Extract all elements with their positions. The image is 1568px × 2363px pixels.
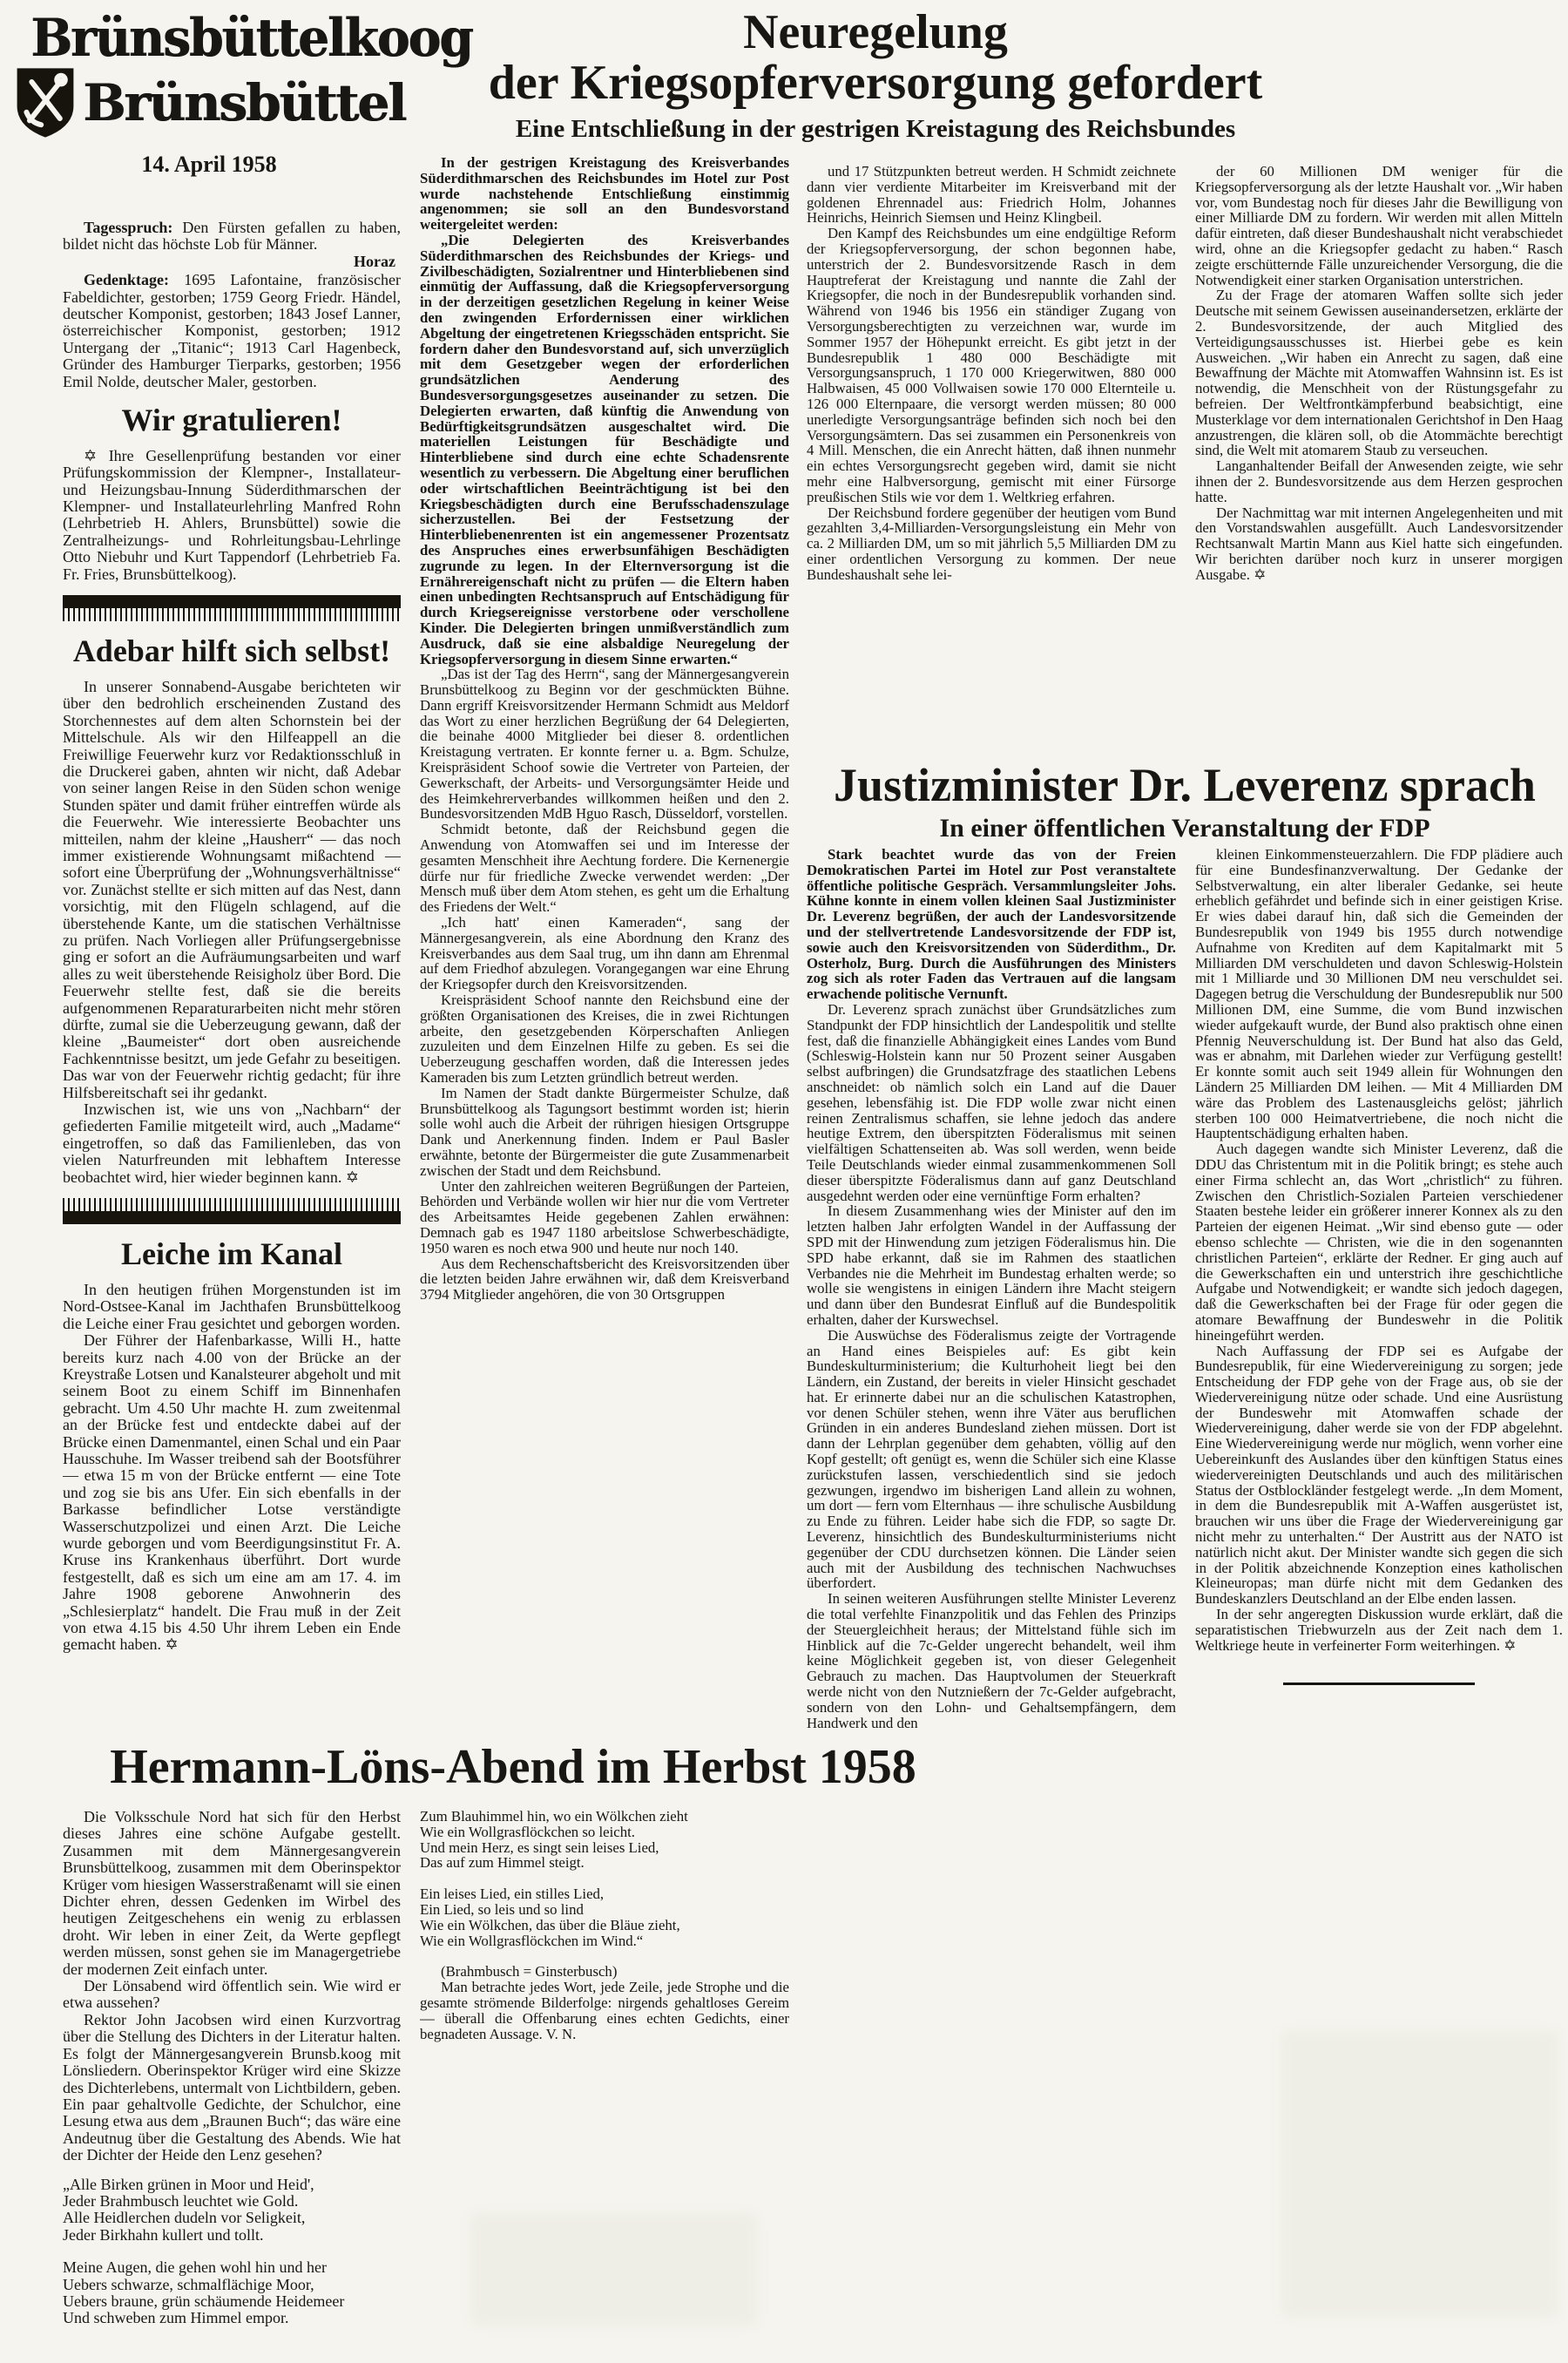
gratulieren-paragraph: ✡ Ihre Gesellenprüfung bestanden vor ein…	[63, 448, 401, 583]
article-paragraph: Dr. Leverenz sprach zunächst über Grunds…	[807, 1002, 1176, 1203]
leiche-paragraph: In den heutigen frühen Morgenstunden ist…	[63, 1282, 401, 1332]
article-paragraph: Die Auswüchse des Föderalismus zeigte de…	[807, 1328, 1176, 1592]
main-headline-block: Neuregelung der Kriegsopferversorgung ge…	[475, 7, 1276, 144]
masthead-title-line1: Brünsbüttelkoog	[30, 12, 388, 64]
article-paragraph: Langanhaltender Beifall der Anwesenden z…	[1195, 458, 1563, 504]
article-paragraph: der 60 Millionen DM weniger für die Krie…	[1195, 164, 1563, 288]
article-end-rule	[1283, 1683, 1475, 1685]
fdp-body-2: kleinen Einkommensteuerzahlern. Die FDP …	[1195, 847, 1563, 1653]
article-paragraph: kleinen Einkommensteuerzahlern. Die FDP …	[1195, 847, 1563, 1141]
poem-stanza: Zum Blauhimmel hin, wo ein Wölkchen zieh…	[420, 1809, 789, 1871]
gratulieren-heading: Wir gratulieren!	[63, 404, 401, 437]
column-3-bottom: Stark beachtet wurde das von der Freien …	[807, 847, 1176, 2102]
fdp-headline-subtitle: In einer öffentlichen Veranstaltung der …	[807, 814, 1563, 843]
tagesspruch-paragraph: Tagesspruch: Den Fürsten gefallen zu hab…	[63, 220, 401, 254]
gedenktage-label: Gedenktage:	[84, 271, 169, 288]
article-paragraph: Zu der Frage der atomaren Waffen sollte …	[1195, 288, 1563, 458]
article-paragraph: Der Reichsbund fordere gegenüber der heu…	[807, 505, 1176, 583]
loens-paragraph: Man betrachte jedes Wort, jede Zeile, je…	[420, 1980, 789, 2041]
article-paragraph: Kreispräsident Schoof nannte den Reichsb…	[420, 992, 789, 1086]
article-paragraph: In diesem Zusammenhang wies der Minister…	[807, 1203, 1176, 1327]
reichsbund-continued: und 17 Stützpunkten betreut werden. H Sc…	[807, 164, 1176, 583]
loens-left-poem: „Alle Birken grünen in Moor und Heid', J…	[63, 2177, 401, 2327]
article-paragraph: Nach Auffassung der FDP sei es Aufgabe d…	[1195, 1344, 1563, 1608]
fdp-headline: Justizminister Dr. Leverenz sprach	[807, 762, 1563, 809]
gedenktage-paragraph: Gedenktage: 1695 Lafontaine, französisch…	[63, 272, 401, 390]
issue-date: 14. April 1958	[19, 152, 399, 178]
article-paragraph: und 17 Stützpunkten betreut werden. H Sc…	[807, 164, 1176, 226]
masthead-title-line2: Brünsbüttel	[83, 78, 405, 128]
masthead: Brünsbüttelkoog Brünsbüttel 14. April 19…	[19, 12, 399, 178]
article-paragraph: Den Kampf des Reichsbundes um eine endgü…	[807, 226, 1176, 504]
poem-stanza: „Alle Birken grünen in Moor und Heid', J…	[63, 2177, 401, 2245]
fdp-lede: Stark beachtet wurde das von der Freien …	[807, 847, 1176, 1002]
fdp-body: Dr. Leverenz sprach zunächst über Grunds…	[807, 1002, 1176, 1730]
gratulieren-body: ✡ Ihre Gesellenprüfung bestanden vor ein…	[63, 448, 401, 583]
tagesspruch-author: Horaz	[63, 254, 395, 270]
adebar-heading: Adebar hilft sich selbst!	[63, 635, 401, 668]
left-column: Tagesspruch: Den Fürsten gefallen zu hab…	[63, 220, 401, 1743]
loens-right-poem: Zum Blauhimmel hin, wo ein Wölkchen zieh…	[420, 1809, 789, 1948]
column-4-top: der 60 Millionen DM weniger für die Krie…	[1195, 164, 1563, 749]
article-paragraph: „Das ist der Tag des Herrn“, sang der Mä…	[420, 667, 789, 822]
resolution-paragraph: In der gestrigen Kreistagung des Kreisve…	[420, 155, 789, 233]
adebar-paragraph: Inzwischen ist, wie uns von „Nachbarn“ d…	[63, 1101, 401, 1186]
middle-column: In der gestrigen Kreistagung des Kreisve…	[420, 155, 789, 1734]
tagesspruch-label: Tagesspruch:	[84, 220, 172, 236]
leiche-heading: Leiche im Kanal	[63, 1238, 401, 1271]
main-headline-line1: Neuregelung	[475, 7, 1276, 58]
bleed-through-ghost	[470, 2213, 758, 2326]
loens-heading: Hermann-Löns-Abend im Herbst 1958	[63, 1743, 963, 1791]
loens-paragraph: Rektor John Jacobsen wird einen Kurzvort…	[63, 2012, 401, 2164]
article-paragraph: Auch dagegen wandte sich Minister Levere…	[1195, 1141, 1563, 1343]
leiche-body: In den heutigen frühen Morgenstunden ist…	[63, 1282, 401, 1654]
column-3-top: und 17 Stützpunkten betreut werden. H Sc…	[807, 164, 1176, 749]
loens-left-column: Die Volksschule Nord hat sich für den He…	[63, 1809, 401, 2342]
leiche-paragraph: Der Führer der Hafenbarkasse, Willi H., …	[63, 1332, 401, 1654]
article-paragraph: Schmidt betonte, daß der Reichsbund gege…	[420, 822, 789, 915]
divider-ornament	[63, 595, 401, 621]
reichsbund-body: „Das ist der Tag des Herrn“, sang der Mä…	[420, 667, 789, 1303]
column-4-bottom: kleinen Einkommensteuerzahlern. Die FDP …	[1195, 847, 1563, 1980]
article-paragraph: „Ich hatt' einen Kameraden“, sang der Mä…	[420, 915, 789, 992]
newspaper-page: Brünsbüttelkoog Brünsbüttel 14. April 19…	[0, 0, 1568, 2363]
article-paragraph: Aus dem Rechenschaftsbericht des Kreisvo…	[420, 1256, 789, 1303]
article-paragraph: In seinen weiteren Ausführungen stellte …	[807, 1591, 1176, 1730]
poem-note: (Brahmbusch = Ginsterbusch)	[420, 1964, 789, 1980]
article-paragraph: Der Nachmittag war mit internen Angelege…	[1195, 505, 1563, 583]
poem-stanza: Ein leises Lied, ein stilles Lied, Ein L…	[420, 1886, 789, 1948]
adebar-body: In unserer Sonnabend-Ausgabe berichteten…	[63, 679, 401, 1186]
poem-stanza: Meine Augen, die gehen wohl hin und her …	[63, 2259, 401, 2327]
gedenktage-text: 1695 Lafontaine, französischer Fabeldich…	[63, 271, 401, 389]
reichsbund-continued-2: der 60 Millionen DM weniger für die Krie…	[1195, 164, 1563, 583]
article-paragraph: Unter den zahlreichen weiteren Begrüßung…	[420, 1179, 789, 1256]
loens-paragraph: Der Lönsabend wird öffentlich sein. Wie …	[63, 1978, 401, 2012]
loens-paragraph: Die Volksschule Nord hat sich für den He…	[63, 1809, 401, 1978]
bleed-through-ghost	[1281, 2030, 1559, 2318]
crest-icon	[13, 66, 78, 139]
article-paragraph: Im Namen der Stadt dankte Bürgermeister …	[420, 1086, 789, 1179]
adebar-paragraph: In unserer Sonnabend-Ausgabe berichteten…	[63, 679, 401, 1101]
resolution-text: In der gestrigen Kreistagung des Kreisve…	[420, 155, 789, 667]
loens-left-body: Die Volksschule Nord hat sich für den He…	[63, 1809, 401, 2164]
article-paragraph: In der sehr angeregten Diskussion wurde …	[1195, 1607, 1563, 1653]
fdp-headline-block: Justizminister Dr. Leverenz sprach In ei…	[807, 762, 1563, 843]
main-headline-line2: der Kriegsopferversorgung gefordert	[475, 58, 1276, 108]
divider-ornament	[63, 1198, 401, 1224]
resolution-paragraph: „Die Delegierten des Kreisverbandes Süde…	[420, 233, 789, 667]
main-headline-subtitle: Eine Entschließung in der gestrigen Krei…	[475, 115, 1276, 144]
loens-closing: Man betrachte jedes Wort, jede Zeile, je…	[420, 1980, 789, 2041]
